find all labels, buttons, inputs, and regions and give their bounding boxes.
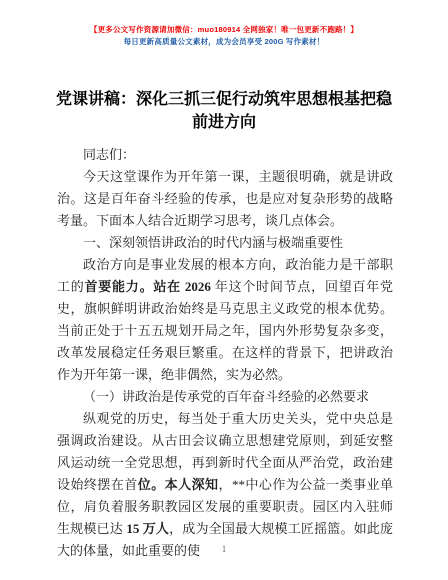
- paragraph-intro: 今天这堂课作为开年第一课，主题很明确，就是讲政治。这是百年奋斗经验的传承，也是应…: [57, 166, 393, 232]
- paragraph-history: 纵观党的历史，每当处于重大历史关头，党中央总是强调政治建设。从古田会议确立思想建…: [57, 408, 393, 562]
- promo-line-red: 【更多公文写作资源请加微信：muo180914 全网独家！唯一包更新不跑路！】: [0, 24, 448, 36]
- paragraph-politics-run-2: 年这个时间节点，回望百年党史，旗帜鲜明讲政治始终是马克思主义政党的根本优势。当前…: [57, 279, 393, 382]
- paragraph-history-bold-run-1: 位。本人深知: [138, 477, 219, 492]
- document-page: 【更多公文写作资源请加微信：muo180914 全网独家！唯一包更新不跑路！】 …: [0, 0, 448, 580]
- page-number: 1: [0, 544, 448, 554]
- subsection-heading-1: （一）讲政治是传承党的百年奋斗经验的必然要求: [57, 386, 393, 408]
- paragraph-politics: 政治方向是事业发展的根本方向，政治能力是干部职工的首要能力。站在 2026 年这…: [57, 254, 393, 386]
- salutation: 同志们：: [57, 144, 393, 166]
- paragraph-intro-text: 今天这堂课作为开年第一课，主题很明确，就是讲政治。这是百年奋斗经验的传承，也是应…: [57, 169, 393, 228]
- document-body: 同志们： 今天这堂课作为开年第一课，主题很明确，就是讲政治。这是百年奋斗经验的传…: [57, 144, 393, 562]
- promo-header: 【更多公文写作资源请加微信：muo180914 全网独家！唯一包更新不跑路！】 …: [0, 24, 448, 48]
- document-title: 党课讲稿：深化三抓三促行动筑牢思想根基把稳前进方向: [55, 88, 393, 134]
- promo-line-blue: 每日更新高质量公文素材，成为会员享受 200G 写作素材！: [0, 36, 448, 48]
- paragraph-politics-bold-run: 首要能力。站在 2026: [85, 279, 215, 294]
- section-heading-1: 一、深刻领悟讲政治的时代内涵与极端重要性: [57, 232, 393, 254]
- paragraph-history-bold-run-2: 15 万人: [126, 521, 169, 536]
